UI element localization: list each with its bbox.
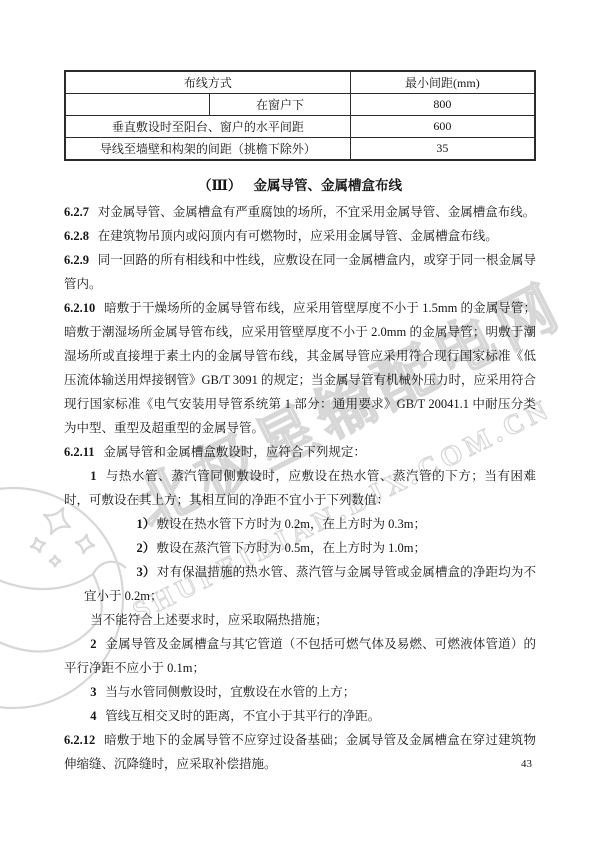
subitem-1: 1）敷设在热水管下方时为 0.2m，在上方时为 0.3m；: [64, 512, 536, 536]
table-cell-condition: 在窗户下: [210, 94, 351, 116]
subitem-text: 敷设在蒸汽管下方时为 0.5m，在上方时为 1.0m；: [157, 541, 426, 555]
document-page: 布线方式 最小间距(mm) 在窗户下 800 垂直敷设时至阳台、窗户的水平间距 …: [0, 0, 600, 776]
para-6-2-7: 6.2.7对金属导管、金属槽盒有严重腐蚀的场所，不宜采用金属导管、金属槽盒布线。: [64, 200, 536, 224]
subitem-number: 1）: [137, 517, 156, 531]
subitem-3: 3）对有保温措施的热水管、蒸汽管与金属导管或金属槽盒的净距均为不宜小于 0.2m…: [64, 560, 536, 608]
item-number: 4: [90, 709, 96, 723]
clause-text: 在建筑物吊顶内或闷顶内有可燃物时，应采用金属导管、金属槽盒布线。: [98, 229, 498, 243]
clause-text: 金属导管和金属槽盒敷设时，应符合下列规定：: [103, 445, 366, 459]
subitem-text: 敷设在热水管下方时为 0.2m，在上方时为 0.3m；: [157, 517, 426, 531]
body-text: 6.2.7对金属导管、金属槽盒有严重腐蚀的场所，不宜采用金属导管、金属槽盒布线。…: [64, 200, 536, 776]
table-header-row: 布线方式 最小间距(mm): [65, 71, 535, 94]
clause-number: 6.2.7: [64, 205, 89, 219]
clause-text: 对金属导管、金属槽盒有严重腐蚀的场所，不宜采用金属导管、金属槽盒布线。: [98, 205, 536, 219]
item-2: 2金属导管及金属槽盒与其它管道（不包括可燃气体及易燃、可燃液体管道）的平行净距不…: [64, 632, 536, 680]
item-3: 3当与水管同侧敷设时，宜敷设在水管的上方；: [64, 680, 536, 704]
item-number: 2: [90, 637, 96, 651]
table-cell-empty: [65, 94, 210, 116]
table-header-wiring-method: 布线方式: [65, 71, 350, 94]
table-row: 垂直敷设时至阳台、窗户的水平间距 600: [65, 116, 535, 138]
section-heading-title: 金属导管、金属槽盒布线: [254, 178, 403, 193]
wiring-spacing-table: 布线方式 最小间距(mm) 在窗户下 800 垂直敷设时至阳台、窗户的水平间距 …: [64, 70, 536, 161]
clause-number: 6.2.12: [64, 733, 95, 747]
table-header-min-spacing: 最小间距(mm): [350, 71, 535, 94]
clause-number: 6.2.8: [64, 229, 89, 243]
item-1: 1与热水管、蒸汽管同侧敷设时，应敷设在热水管、蒸汽管的下方；当有困难时，可敷设在…: [64, 464, 536, 512]
table-row: 在窗户下 800: [65, 94, 535, 116]
para-6-2-8: 6.2.8在建筑物吊顶内或闷顶内有可燃物时，应采用金属导管、金属槽盒布线。: [64, 224, 536, 248]
para-6-2-12: 6.2.12暗敷于地下的金属导管不应穿过设备基础；金属导管及金属槽盒在穿过建筑物…: [64, 728, 536, 776]
section-heading: （Ⅲ）金属导管、金属槽盒布线: [64, 176, 536, 196]
clause-text: 当不能符合上述要求时，应采取隔热措施；: [90, 613, 328, 627]
clause-number: 6.2.11: [64, 445, 95, 459]
clause-text: 同一回路的所有相线和中性线，应敷设在同一金属槽盒内，或穿于同一根金属导管内。: [64, 253, 536, 291]
subitem-2: 2）敷设在蒸汽管下方时为 0.5m，在上方时为 1.0m；: [64, 536, 536, 560]
item-text: 管线互相交叉时的距离，不宜小于其平行的净距。: [105, 709, 380, 723]
clause-number: 6.2.10: [64, 301, 95, 315]
clause-number: 6.2.9: [64, 253, 89, 267]
table-row: 导线至墙壁和构架的间距（挑檐下除外） 35: [65, 138, 535, 161]
clause-text: 暗敷于地下的金属导管不应穿过设备基础；金属导管及金属槽盒在穿过建筑物伸缩缝、沉降…: [64, 733, 536, 771]
subitem-number: 3）: [137, 565, 156, 579]
para-6-2-10: 6.2.10暗敷于干燥场所的金属导管布线，应采用管壁厚度不小于 1.5mm 的金…: [64, 296, 536, 440]
para-6-2-11: 6.2.11金属导管和金属槽盒敷设时，应符合下列规定：: [64, 440, 536, 464]
item-text: 与热水管、蒸汽管同侧敷设时，应敷设在热水管、蒸汽管的下方；当有困难时，可敷设在其…: [64, 469, 536, 507]
item-text: 当与水管同侧敷设时，宜敷设在水管的上方；: [105, 685, 355, 699]
para-6-2-9: 6.2.9同一回路的所有相线和中性线，应敷设在同一金属槽盒内，或穿于同一根金属导…: [64, 248, 536, 296]
clause-text: 暗敷于干燥场所的金属导管布线，应采用管壁厚度不小于 1.5mm 的金属导管；暗敷…: [64, 301, 536, 435]
para-continuation: 当不能符合上述要求时，应采取隔热措施；: [64, 608, 536, 632]
page-number: 43: [521, 758, 532, 770]
table-cell-value: 800: [350, 94, 535, 116]
table-cell-value: 35: [350, 138, 535, 161]
item-text: 金属导管及金属槽盒与其它管道（不包括可燃气体及易燃、可燃液体管道）的平行净距不应…: [64, 637, 536, 675]
table-cell-label: 垂直敷设时至阳台、窗户的水平间距: [65, 116, 350, 138]
section-heading-numeral: （Ⅲ）: [198, 178, 241, 193]
subitem-number: 2）: [137, 541, 156, 555]
table-cell-value: 600: [350, 116, 535, 138]
item-number: 3: [90, 685, 96, 699]
item-number: 1: [90, 469, 96, 483]
item-4: 4管线互相交叉时的距离，不宜小于其平行的净距。: [64, 704, 536, 728]
table-cell-label: 导线至墙壁和构架的间距（挑檐下除外）: [65, 138, 350, 161]
